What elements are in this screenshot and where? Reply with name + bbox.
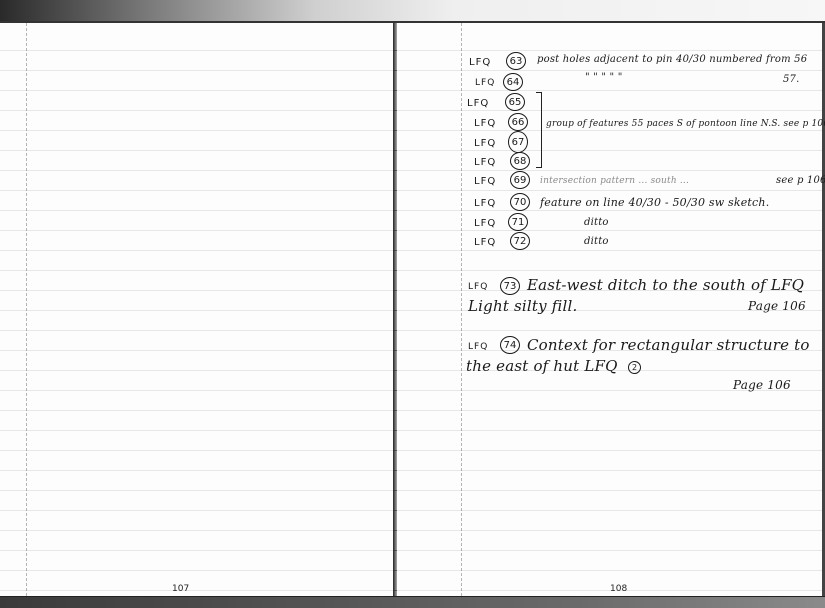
margin-line xyxy=(461,23,462,596)
ruled-lines xyxy=(0,23,393,596)
entry-text: post holes adjacent to pin 40/30 numbere… xyxy=(537,54,807,65)
margin-line xyxy=(26,23,27,596)
entry-text-line2: the east of hut LFQ xyxy=(466,357,618,375)
scan-bottom-shadow xyxy=(0,597,825,608)
entry-text-line1: East-west ditch to the south of LFQ xyxy=(527,276,804,294)
entry-note: see p 106 xyxy=(776,175,825,186)
entry-prefix: LFQ xyxy=(474,198,496,209)
entry-number-circle: 64 xyxy=(503,73,523,91)
entry-number-circle: 68 xyxy=(510,152,530,170)
page-reference: Page 106 xyxy=(733,378,791,392)
entry-text-line2: Light silty fill. xyxy=(468,297,578,315)
entry-prefix: LFQ xyxy=(474,118,496,129)
entry-text-line1: Context for rectangular structure to xyxy=(527,336,810,354)
entry-prefix: LFQ xyxy=(474,157,496,168)
scan-top-shadow xyxy=(0,0,825,22)
entry-note: 57. xyxy=(783,74,800,85)
grouping-bracket xyxy=(536,92,542,168)
entry-text: ditto xyxy=(584,217,609,228)
entry-number-circle: 71 xyxy=(508,213,528,231)
entry-number-circle: 73 xyxy=(500,277,520,295)
entry-text: ditto xyxy=(584,236,609,247)
entry-prefix: LFQ xyxy=(467,98,489,109)
left-page xyxy=(0,23,393,596)
left-page-number: 107 xyxy=(172,584,189,594)
page-reference: Page 106 xyxy=(748,299,806,313)
entry-prefix: LFQ xyxy=(474,176,496,187)
entry-prefix: LFQ xyxy=(475,78,495,88)
entry-number-circle: 72 xyxy=(510,232,530,250)
entry-text: feature on line 40/30 - 50/30 sw sketch. xyxy=(540,196,769,209)
entry-number-circle: 70 xyxy=(510,193,530,211)
entry-prefix: LFQ xyxy=(468,342,488,352)
entry-text: group of features 55 paces S of pontoon … xyxy=(546,119,825,129)
entry-number-circle: 63 xyxy=(506,52,526,70)
entry-text: intersection pattern ... south ... xyxy=(540,176,689,186)
ditto-marks: " " " " " xyxy=(585,72,623,83)
entry-prefix: LFQ xyxy=(474,218,496,229)
entry-prefix: LFQ xyxy=(469,57,491,68)
hut-number-circle: 2 xyxy=(628,361,641,374)
entry-number-circle: 67 xyxy=(508,131,528,153)
entry-number-circle: 74 xyxy=(500,336,520,354)
entry-prefix: LFQ xyxy=(468,282,488,292)
entry-number-circle: 69 xyxy=(510,171,530,189)
right-page-number: 108 xyxy=(610,584,627,594)
entry-prefix: LFQ xyxy=(474,138,496,149)
entry-number-circle: 65 xyxy=(505,93,525,111)
entry-number-circle: 66 xyxy=(508,113,528,131)
entry-prefix: LFQ xyxy=(474,237,496,248)
